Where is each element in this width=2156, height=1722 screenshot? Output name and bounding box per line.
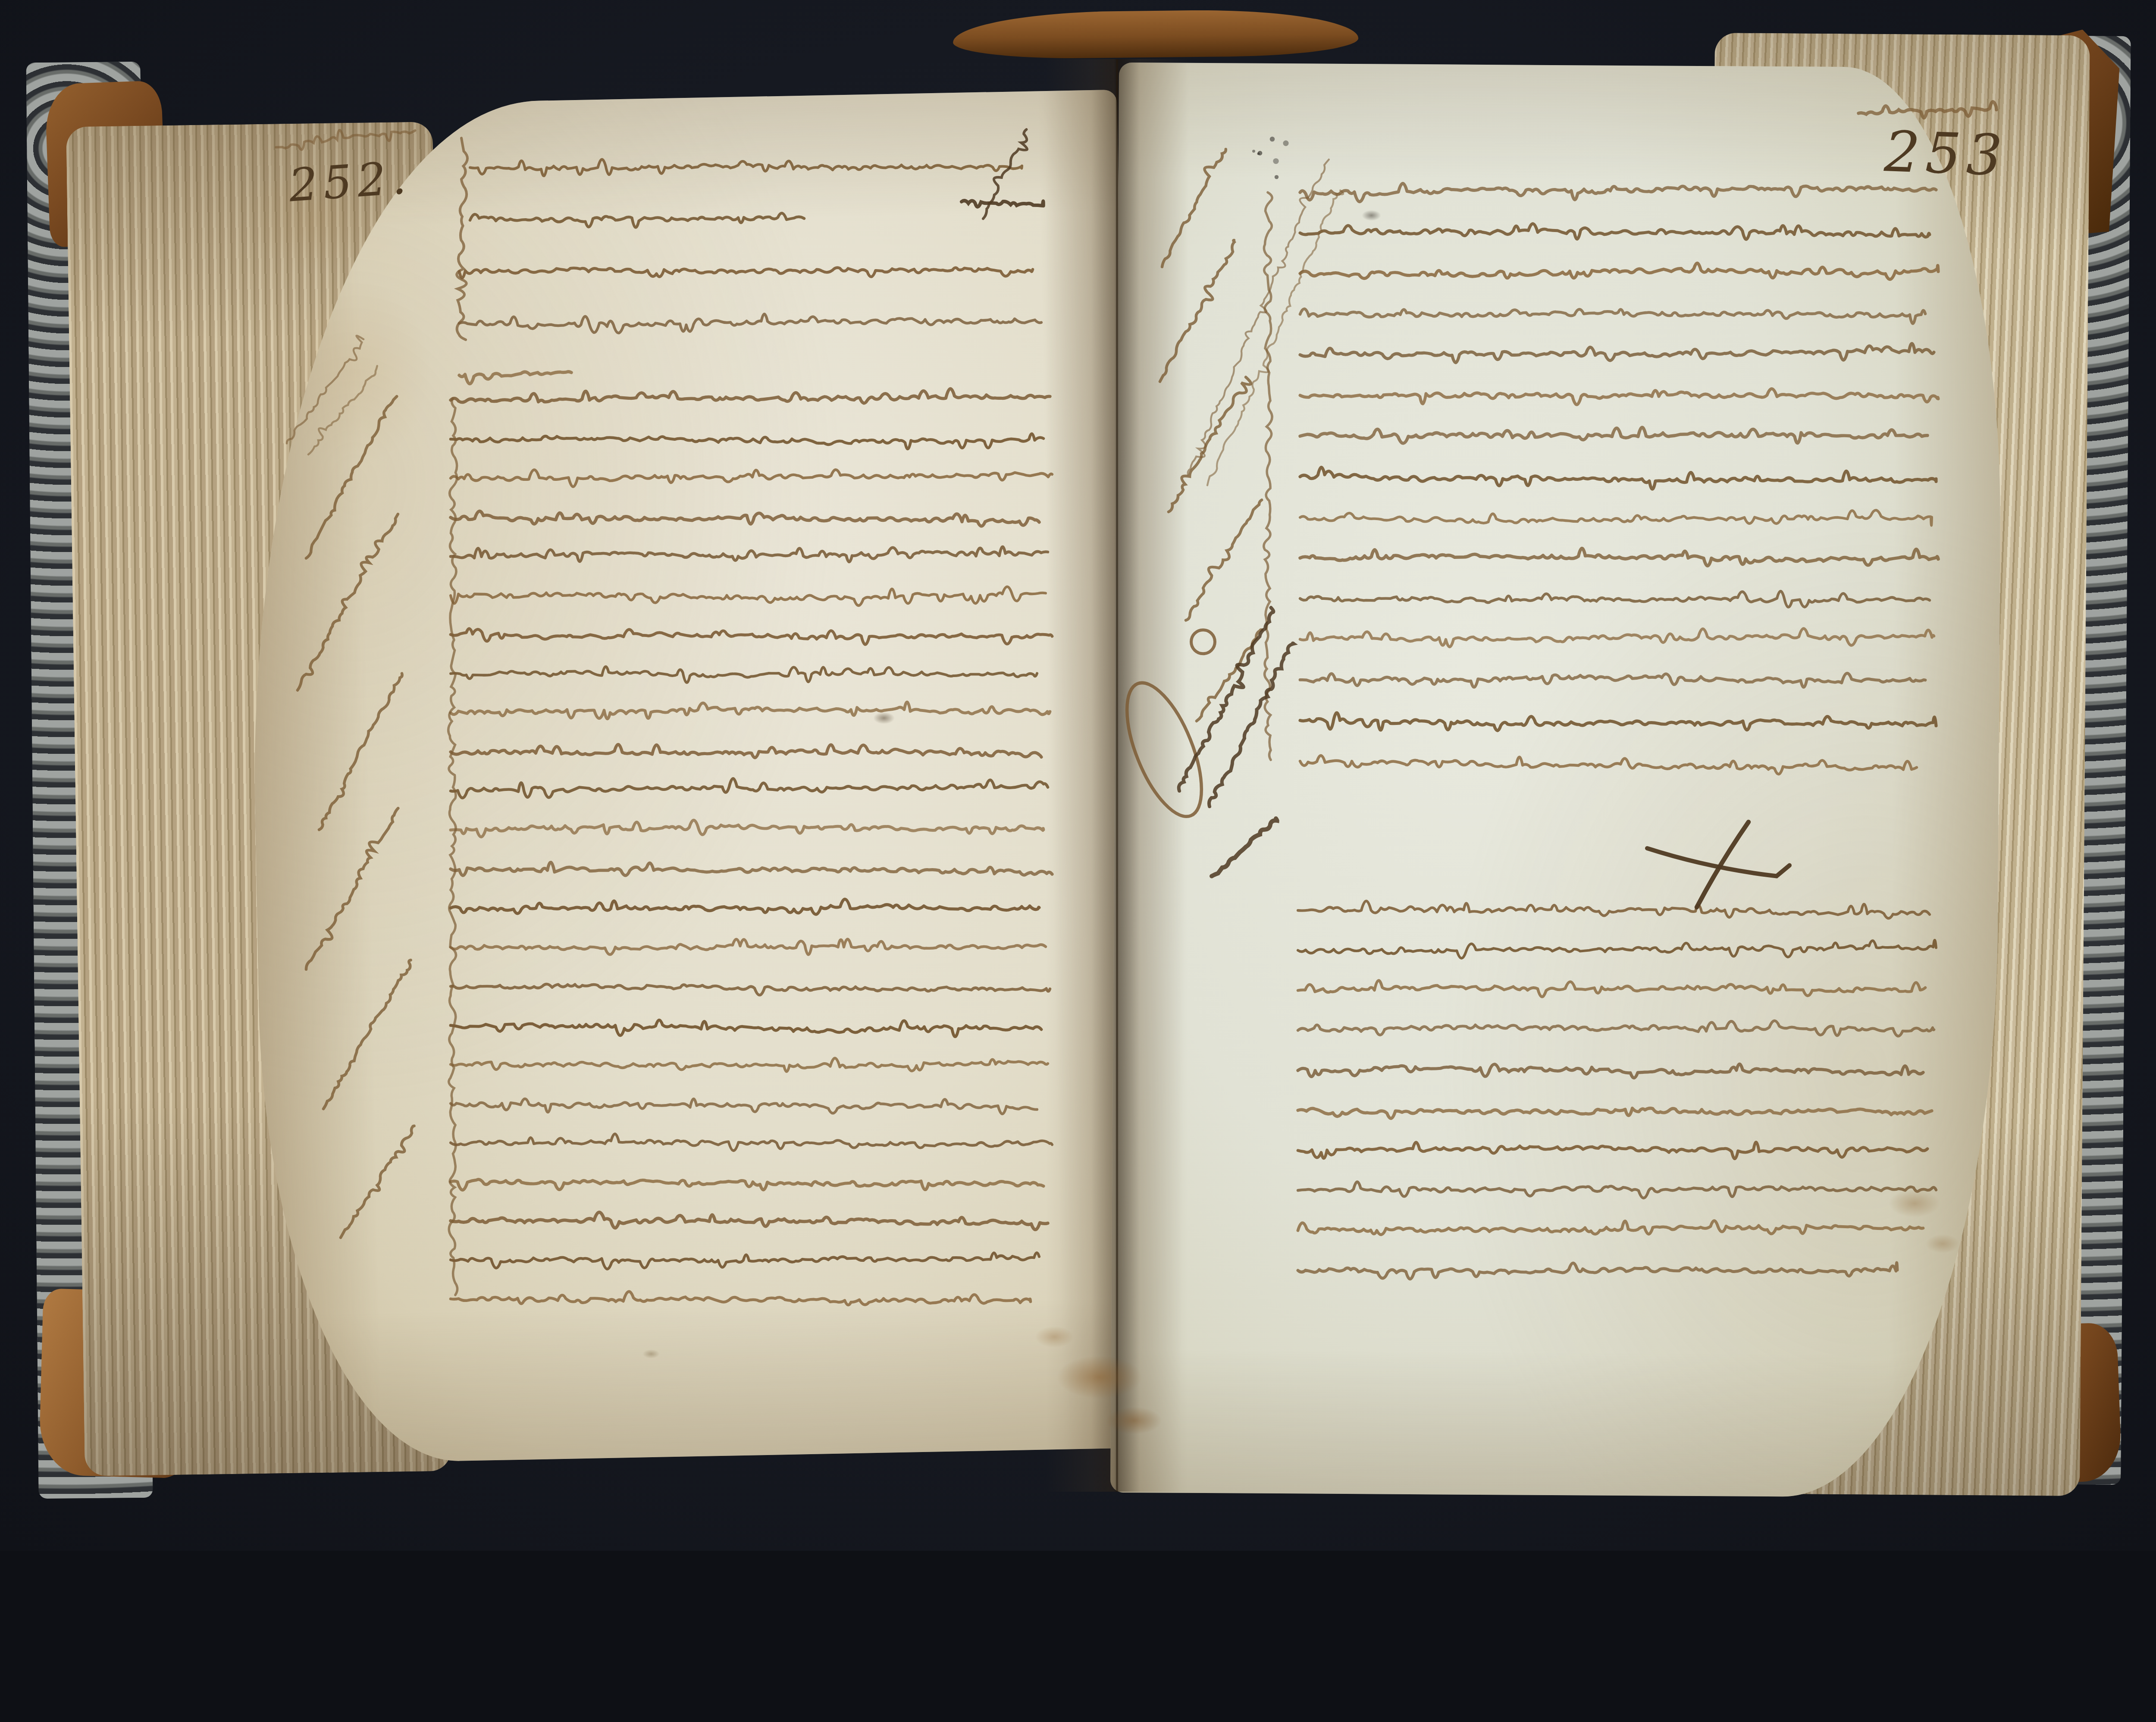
right-page-handwriting-paragraph-entry-continuation (1300, 183, 1938, 774)
margin-brace-line (1264, 192, 1272, 760)
handwritten-line (451, 547, 1048, 562)
handwriting-ink-layer (0, 0, 2156, 1551)
handwritten-line (451, 778, 1048, 798)
margin-note-5 (1194, 627, 1263, 724)
handwritten-line (1298, 1108, 1932, 1119)
handwritten-line (451, 820, 1044, 837)
margin-note-1 (1154, 145, 1226, 268)
handwritten-line (459, 268, 1033, 278)
gutter-diagonal-stroke-2 (1206, 189, 1348, 489)
left-page-handwriting-paragraph-item-attestation (459, 268, 1041, 384)
handwritten-line (1300, 713, 1936, 731)
handwritten-line (1300, 510, 1932, 525)
handwritten-line (451, 984, 1050, 995)
ink-cross-mark (1647, 822, 1789, 907)
ink-spatter-dots-dot (1283, 141, 1288, 146)
margin-brace-line (448, 398, 458, 1295)
handwritten-line (1298, 1021, 1934, 1036)
handwritten-line (459, 372, 571, 384)
handwritten-line (1300, 343, 1934, 362)
olle-eengaard-signature-flourish-tail (1210, 818, 1279, 878)
ink-spatter-dots-dot (1273, 158, 1279, 164)
handwritten-line (1300, 309, 1925, 323)
handwritten-line (459, 314, 1041, 333)
olle-eengaard-signature-flourish-small-loop (1191, 630, 1215, 654)
handwritten-line (451, 1058, 1048, 1072)
margin-note-2 (1156, 238, 1242, 385)
handwritten-line (1298, 1142, 1927, 1159)
handwritten-line (451, 1020, 1041, 1037)
handwritten-line (1300, 673, 1925, 687)
margin-note-2 (291, 511, 403, 693)
margin-note-5 (321, 960, 414, 1110)
handwritten-line (1300, 467, 1936, 489)
handwritten-line (470, 213, 804, 227)
margin-note-4 (299, 804, 405, 972)
handwritten-line (1298, 1263, 1897, 1279)
handwritten-line (1300, 389, 1938, 405)
stroke-over-page-number (1858, 101, 1996, 120)
handwritten-line (451, 1212, 1048, 1230)
handwritten-line (1300, 756, 1917, 774)
ink-spatter-dots (1252, 137, 1289, 179)
handwritten-line (470, 160, 1022, 176)
right-page-handwriting (1112, 101, 1996, 1279)
handwritten-line (1300, 183, 1936, 201)
margin-note-6 (340, 1125, 419, 1241)
handwritten-line (1300, 263, 1938, 279)
margin-note-3 (1164, 374, 1253, 515)
handwritten-line (451, 1134, 1052, 1151)
handwritten-line (1300, 591, 1930, 607)
ink-spatter-dots-dot (1275, 175, 1279, 179)
gutter-diagonal-stroke-1 (1179, 155, 1335, 477)
photo-open-manuscript-book: 252. 253 (0, 0, 2156, 1551)
margin-note-4 (1179, 496, 1264, 622)
handwritten-line (451, 667, 1037, 683)
flourish-over-page-number (275, 122, 416, 153)
handwritten-line (1300, 549, 1938, 566)
handwritten-line (451, 629, 1052, 645)
handwritten-line (451, 1253, 1039, 1269)
item-word (961, 197, 1044, 210)
left-page-handwriting-paragraph-closing-statement (470, 160, 1022, 228)
handwritten-line (451, 744, 1041, 758)
handwritten-line (451, 1292, 1031, 1305)
initial-letter-flourish (457, 138, 467, 340)
handwritten-line (1298, 981, 1925, 997)
ink-spatter-dots-dot (1258, 151, 1263, 156)
handwritten-line (1298, 1221, 1923, 1235)
item-word-tail (976, 126, 1035, 223)
left-page-handwriting-paragraph-main-entry (451, 389, 1052, 1305)
olle-eengaard-signature-flourish-stroke-2 (1206, 642, 1295, 808)
handwritten-line (451, 1099, 1037, 1114)
handwritten-line (1298, 940, 1936, 958)
handwritten-line (451, 587, 1046, 605)
ink-spatter-dots-dot (1270, 137, 1275, 142)
ink-spatter-dots-dot (1252, 150, 1255, 153)
handwritten-line (451, 863, 1052, 876)
handwritten-line (1300, 224, 1930, 239)
handwritten-line (451, 434, 1044, 449)
handwritten-line (451, 470, 1052, 486)
handwritten-line (451, 511, 1039, 526)
olle-eengaard-signature-flourish-stroke-1 (1174, 606, 1281, 796)
handwritten-line (451, 899, 1039, 914)
handwritten-line (451, 702, 1050, 719)
handwritten-line (1298, 901, 1930, 918)
handwritten-line (451, 939, 1046, 955)
handwritten-line (1300, 629, 1934, 647)
handwritten-line (1298, 1064, 1923, 1078)
left-page-handwriting (275, 122, 1052, 1305)
handwritten-line (451, 389, 1050, 403)
handwritten-line (451, 1179, 1044, 1190)
handwritten-line (1298, 1182, 1936, 1198)
right-page-handwriting-paragraph-olle-anderson-case (1298, 901, 1936, 1279)
margin-note-3 (317, 672, 407, 832)
handwritten-line (1300, 427, 1927, 443)
